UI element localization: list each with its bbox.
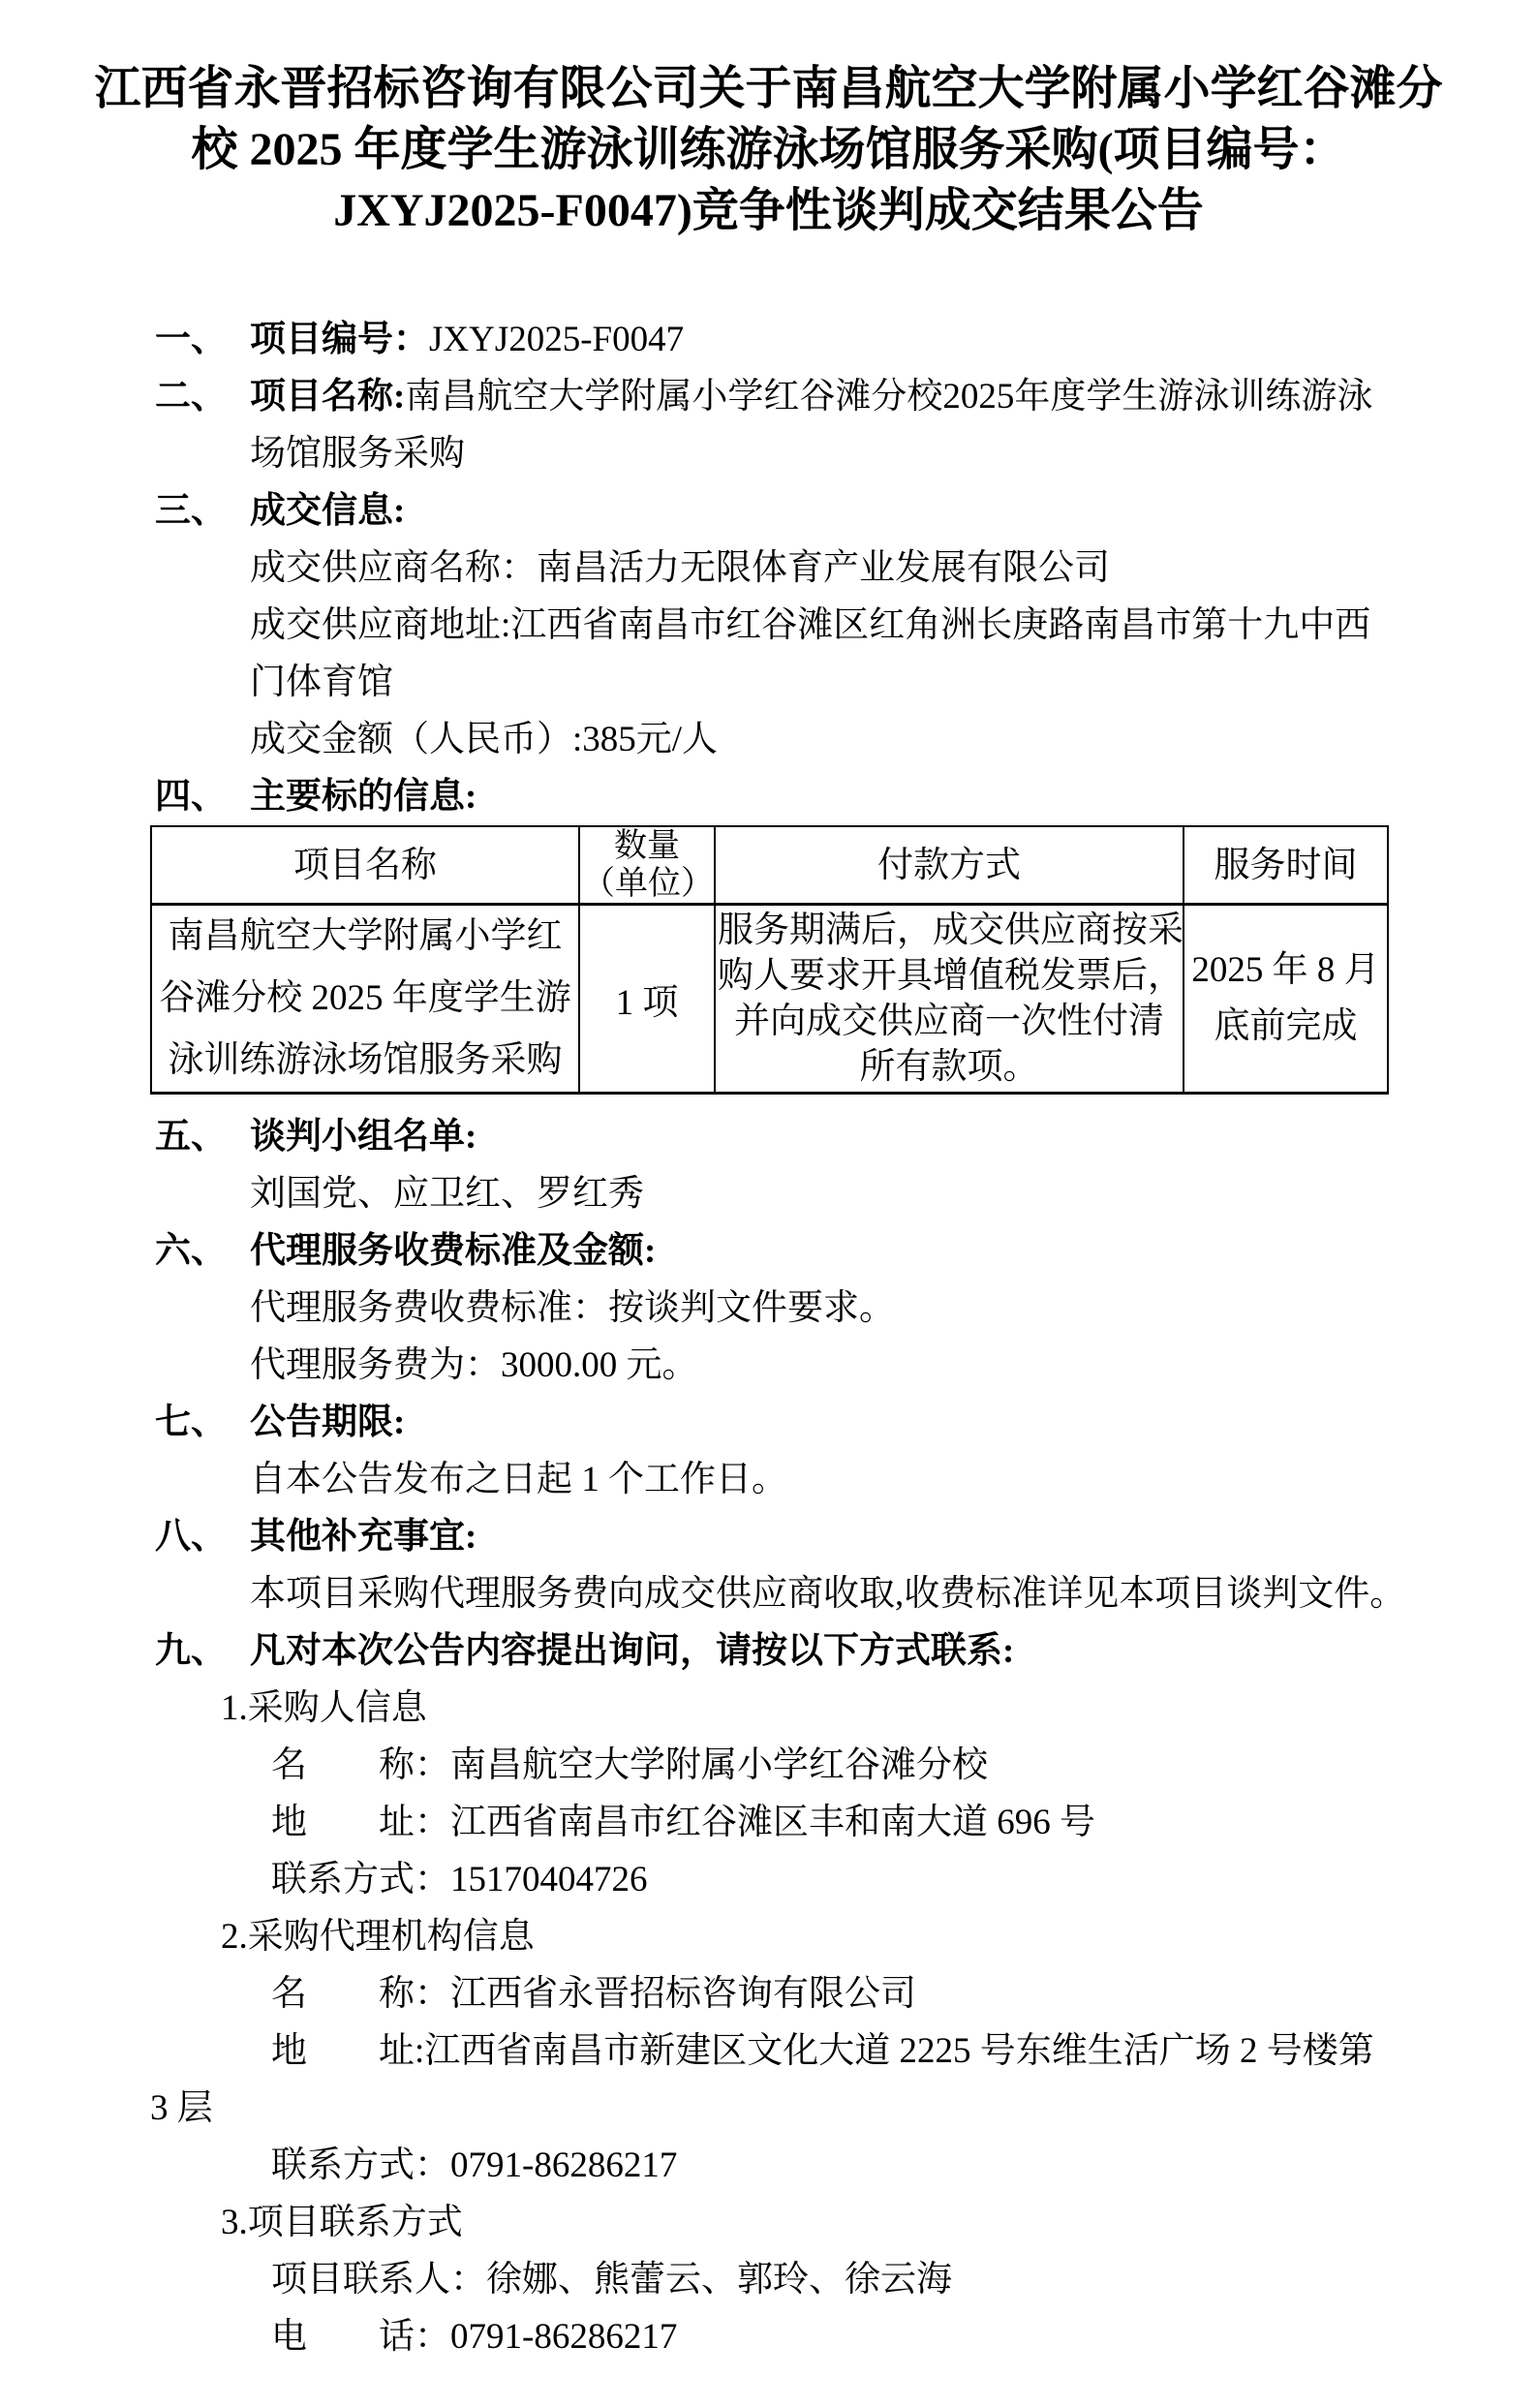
table-cell: 南昌航空大学附属小学红 谷滩分校 2025 年度学生游 泳训练游泳场馆服务采购: [151, 905, 579, 1094]
doc-text-line: 成交供应商地址:江西省南昌市红谷滩区红角洲长庚路南昌市第十九中西: [0, 597, 1537, 654]
document-title-line: 江西省永晋招标咨询有限公司关于南昌航空大学附属小学红谷滩分: [0, 58, 1537, 119]
text-segment: 南昌航空大学附属小学红谷滩分校2025年度学生游泳训练游泳: [405, 377, 1372, 417]
doc-text-line: 地 址：江西省南昌市红谷滩区丰和南大道 696 号: [0, 1794, 1537, 1851]
document-title: 江西省永晋招标咨询有限公司关于南昌航空大学附属小学红谷滩分校 2025 年度学生…: [0, 0, 1537, 241]
section-heading-line: 三、成交信息:: [0, 482, 1537, 540]
section-heading-line: 八、其他补充事宜:: [0, 1508, 1537, 1565]
document-title-line: JXYJ2025-F0047)竞争性谈判成交结果公告: [0, 180, 1537, 241]
text-segment: 刘国党、应卫红、罗红秀: [250, 1174, 644, 1214]
document-title-line: 校 2025 年度学生游泳训练游泳场馆服务采购(项目编号：: [0, 119, 1537, 180]
section-heading-line: 九、凡对本次公告内容提出询问，请按以下方式联系:: [0, 1622, 1537, 1680]
section-number-marker: 四、: [155, 768, 250, 825]
section-number-marker: 八、: [155, 1508, 250, 1565]
section-number-marker: 九、: [155, 1622, 250, 1680]
doc-text-line: 代理服务费收费标准：按谈判文件要求。: [0, 1280, 1537, 1337]
section-number-marker: 一、: [155, 311, 250, 368]
text-segment: 代理服务费为：3000.00 元。: [250, 1345, 698, 1385]
table-header-cell: 服务时间: [1183, 826, 1388, 905]
table-cell: 1 项: [579, 905, 715, 1094]
section-heading-label: 谈判小组名单:: [250, 1117, 476, 1157]
text-segment: 门体育馆: [250, 663, 393, 702]
text-segment: 地 址：江西省南昌市红谷滩区丰和南大道 696 号: [271, 1803, 1095, 1842]
doc-text-line: 名 称：江西省永晋招标咨询有限公司: [0, 1965, 1537, 2022]
doc-text-line: 1.采购人信息: [0, 1680, 1537, 1737]
doc-text-line: 成交供应商名称：南昌活力无限体育产业发展有限公司: [0, 540, 1537, 597]
main-lot-info-table: 项目名称数量 （单位）付款方式服务时间南昌航空大学附属小学红 谷滩分校 2025…: [150, 825, 1389, 1095]
text-segment: 自本公告发布之日起 1 个工作日。: [250, 1460, 787, 1499]
text-segment: 场馆服务采购: [250, 434, 465, 474]
section-heading-label: 其他补充事宜:: [250, 1517, 476, 1557]
text-segment: 成交供应商地址:江西省南昌市红谷滩区红角洲长庚路南昌市第十九中西: [250, 605, 1370, 645]
document-body: 一、项目编号：JXYJ2025-F0047二、项目名称:南昌航空大学附属小学红谷…: [0, 311, 1537, 2365]
section-heading-line: 二、项目名称:南昌航空大学附属小学红谷滩分校2025年度学生游泳训练游泳: [0, 368, 1537, 425]
text-segment: 2.采购代理机构信息: [221, 1917, 535, 1957]
text-segment: 联系方式：15170404726: [271, 1860, 648, 1899]
text-segment: 名 称：江西省永晋招标咨询有限公司: [271, 1974, 916, 2014]
text-segment: 地 址:江西省南昌市新建区文化大道 2225 号东维生活广场 2 号楼第: [271, 2031, 1374, 2071]
text-segment: JXYJ2025-F0047: [429, 320, 684, 359]
text-segment: 3.项目联系方式: [221, 2203, 463, 2242]
text-segment: 联系方式：0791-86286217: [271, 2146, 677, 2185]
section-heading-label: 主要标的信息:: [250, 777, 476, 817]
table-row: 南昌航空大学附属小学红 谷滩分校 2025 年度学生游 泳训练游泳场馆服务采购1…: [151, 905, 1388, 1094]
text-segment: 代理服务费收费标准：按谈判文件要求。: [250, 1288, 895, 1328]
doc-text-line: 联系方式：15170404726: [0, 1851, 1537, 1908]
doc-text-line: 本项目采购代理服务费向成交供应商收取,收费标准详见本项目谈判文件。: [0, 1565, 1537, 1622]
doc-text-line: 电 话：0791-86286217: [0, 2308, 1537, 2365]
doc-text-line: 地 址:江西省南昌市新建区文化大道 2225 号东维生活广场 2 号楼第: [0, 2022, 1537, 2080]
announcement-page: 江西省永晋招标咨询有限公司关于南昌航空大学附属小学红谷滩分校 2025 年度学生…: [0, 0, 1537, 2408]
text-segment: 3 层: [150, 2088, 213, 2128]
section-heading-line: 四、主要标的信息:: [0, 768, 1537, 825]
section-heading-label: 代理服务收费标准及金额:: [250, 1231, 656, 1271]
section-heading-label: 公告期限:: [250, 1403, 405, 1442]
doc-text-line: 3.项目联系方式: [0, 2194, 1537, 2251]
doc-text-line: 自本公告发布之日起 1 个工作日。: [0, 1451, 1537, 1508]
table-cell: 服务期满后，成交供应商按采 购人要求开具增值税发票后， 并向成交供应商一次性付清…: [715, 905, 1183, 1094]
section-number-marker: 五、: [155, 1108, 250, 1165]
doc-text-line: 场馆服务采购: [0, 425, 1537, 482]
doc-text-line: 2.采购代理机构信息: [0, 1908, 1537, 1965]
doc-text-line: 项目联系人：徐娜、熊蕾云、郭玲、徐云海: [0, 2251, 1537, 2308]
table-header-cell: 数量 （单位）: [579, 826, 715, 905]
text-segment: 1.采购人信息: [221, 1688, 427, 1728]
doc-text-line: 成交金额（人民币）:385元/人: [0, 711, 1537, 768]
section-heading-label: 项目名称:: [250, 377, 405, 417]
text-segment: 本项目采购代理服务费向成交供应商收取,收费标准详见本项目谈判文件。: [250, 1574, 1405, 1614]
section-number-marker: 三、: [155, 482, 250, 540]
section-number-marker: 七、: [155, 1394, 250, 1451]
text-segment: 成交供应商名称：南昌活力无限体育产业发展有限公司: [250, 548, 1110, 588]
text-segment: 名 称：南昌航空大学附属小学红谷滩分校: [271, 1745, 988, 1785]
table-header-cell: 项目名称: [151, 826, 579, 905]
section-heading-label: 凡对本次公告内容提出询问，请按以下方式联系:: [250, 1631, 1014, 1671]
doc-text-line: 联系方式：0791-86286217: [0, 2137, 1537, 2194]
section-heading-line: 五、谈判小组名单:: [0, 1108, 1537, 1165]
section-heading-line: 七、公告期限:: [0, 1394, 1537, 1451]
text-segment: 成交金额（人民币）:385元/人: [250, 720, 718, 759]
table-header-row: 项目名称数量 （单位）付款方式服务时间: [151, 826, 1388, 905]
doc-text-line: 刘国党、应卫红、罗红秀: [0, 1165, 1537, 1222]
table-cell: 2025 年 8 月 底前完成: [1183, 905, 1388, 1094]
section-number-marker: 二、: [155, 368, 250, 425]
section-heading-label: 成交信息:: [250, 491, 405, 531]
doc-text-line: 3 层: [0, 2080, 1537, 2137]
section-heading-label: 项目编号：: [250, 320, 429, 359]
doc-text-line: 名 称：南昌航空大学附属小学红谷滩分校: [0, 1737, 1537, 1794]
doc-text-line: 门体育馆: [0, 654, 1537, 711]
text-segment: 项目联系人：徐娜、熊蕾云、郭玲、徐云海: [271, 2260, 952, 2300]
doc-text-line: 代理服务费为：3000.00 元。: [0, 1337, 1537, 1394]
table-header-cell: 付款方式: [715, 826, 1183, 905]
section-heading-line: 六、代理服务收费标准及金额:: [0, 1222, 1537, 1280]
section-heading-line: 一、项目编号：JXYJ2025-F0047: [0, 311, 1537, 368]
text-segment: 电 话：0791-86286217: [271, 2317, 677, 2357]
section-number-marker: 六、: [155, 1222, 250, 1280]
